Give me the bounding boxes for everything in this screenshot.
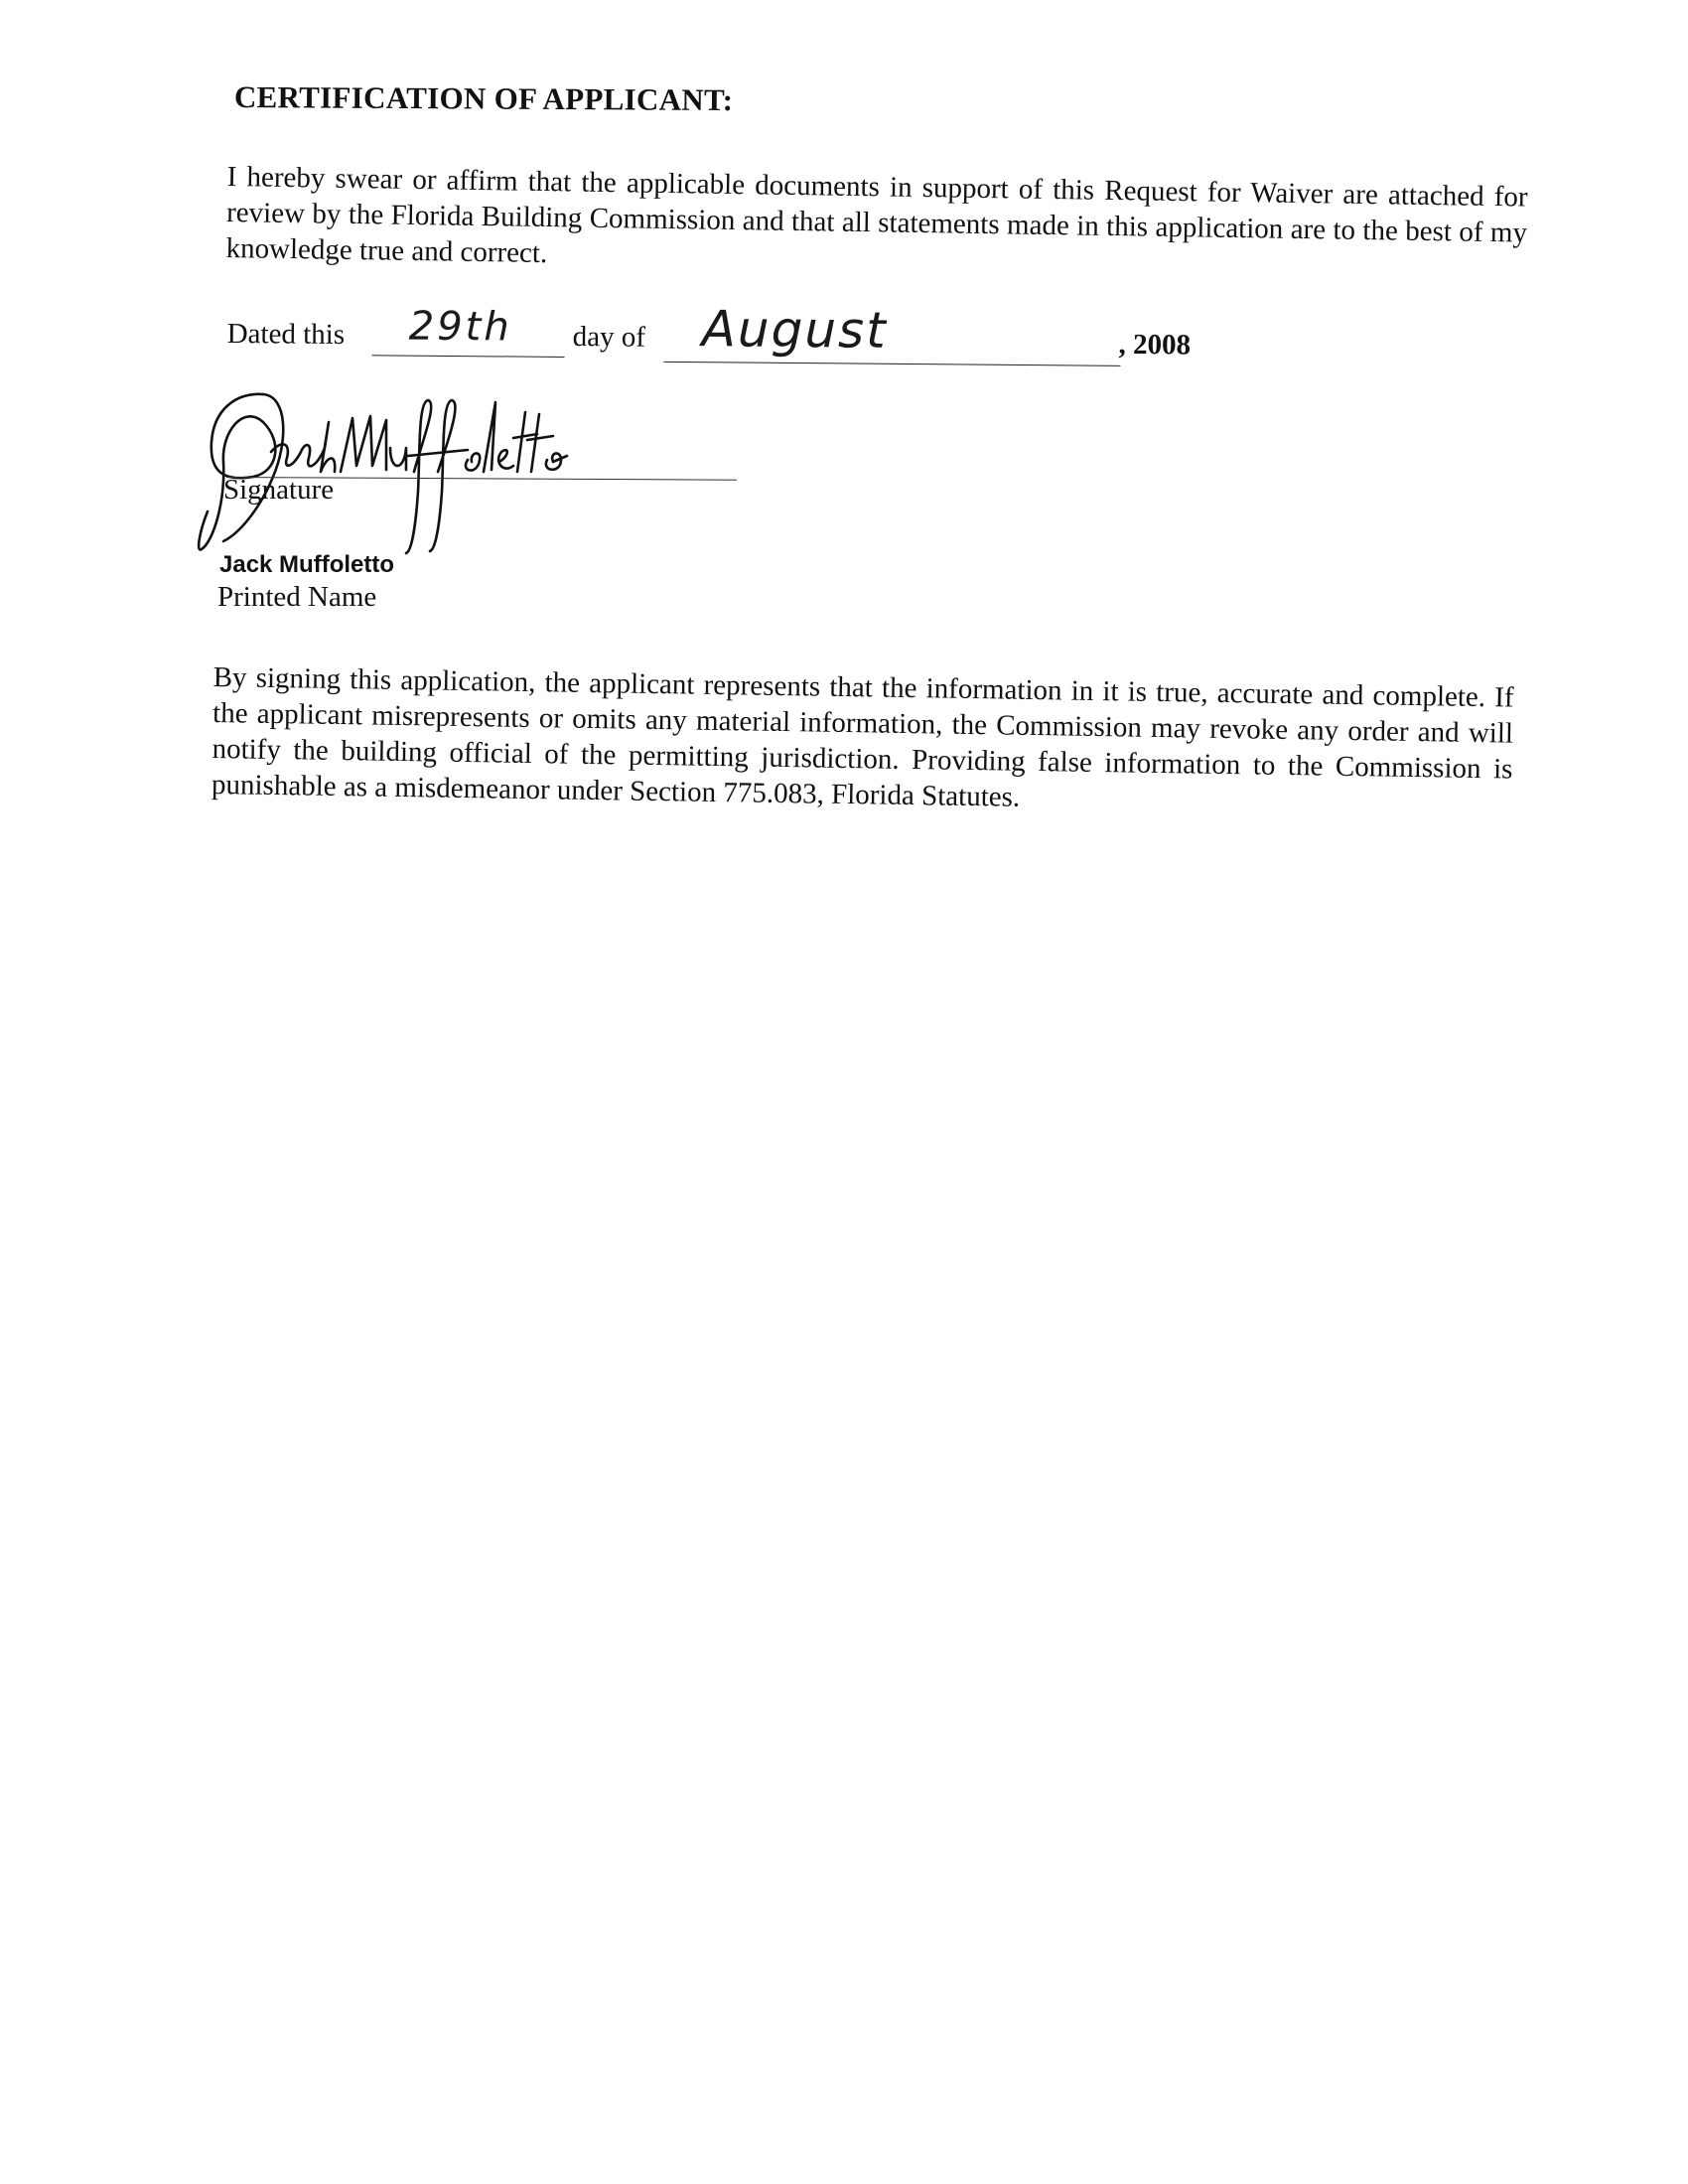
day-blank-line	[371, 355, 564, 358]
printed-name-label: Printed Name	[217, 581, 376, 614]
year-label: , 2008	[1118, 329, 1191, 363]
dated-this-label: Dated this	[227, 318, 346, 352]
disclaimer-paragraph: By signing this application, the applica…	[211, 659, 1514, 823]
printed-name-value: Jack Muffoletto	[219, 551, 394, 579]
month-field[interactable]: August	[701, 300, 887, 360]
handwritten-signature	[194, 382, 591, 561]
day-field[interactable]: 29th	[409, 304, 512, 351]
certification-paragraph: I hereby swear or affirm that the applic…	[225, 159, 1528, 287]
document-page: CERTIFICATION OF APPLICANT: I hereby swe…	[0, 0, 1688, 2184]
day-of-label: day of	[573, 321, 646, 355]
month-blank-line	[663, 362, 1120, 366]
signature-label: Signature	[223, 474, 334, 507]
section-heading: CERTIFICATION OF APPLICANT:	[234, 79, 734, 118]
